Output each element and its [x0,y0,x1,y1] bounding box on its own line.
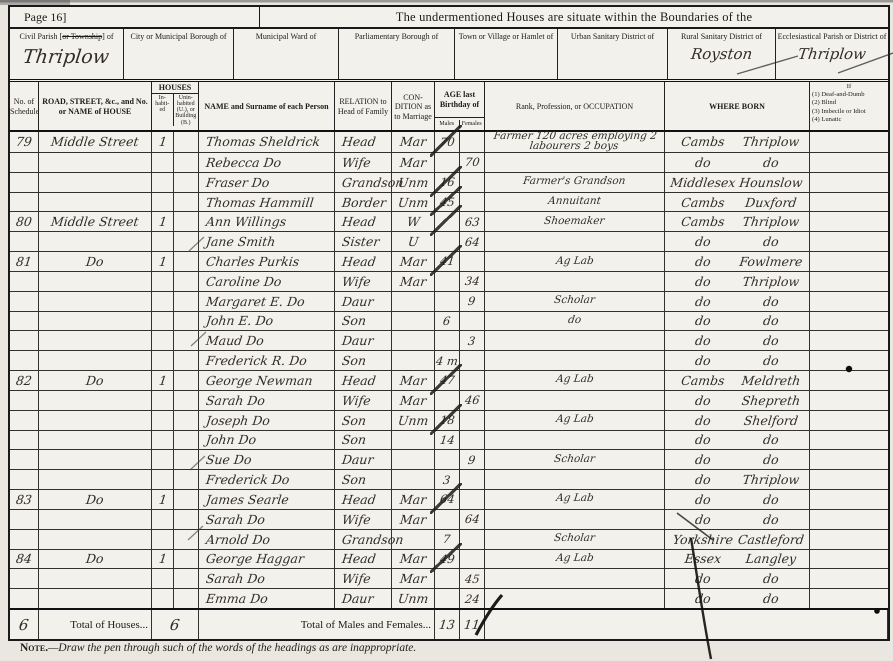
cell-inhabited [152,193,174,212]
cell-road [39,450,152,469]
table-row: John Do Son 14 dodo [10,431,888,451]
table-row: 80 Middle Street 1 Ann Willings Head W 6… [10,212,888,232]
cell-relation: Head [335,132,392,152]
cell-condition: Mar [392,510,435,529]
cell-infirmity [810,312,888,331]
cell-infirmity [810,331,888,350]
cell-road: Middle Street [39,132,152,152]
cell-relation: Head [335,371,392,390]
cell-age-male: 64 [435,490,460,509]
cell-uninhabited [174,232,199,251]
sheet-title: The undermentioned Houses are situate wi… [260,7,888,27]
cell-road [39,391,152,410]
cell-age-female [460,371,485,390]
cell-road: Do [39,550,152,569]
colhead-age-males: Males [435,120,460,128]
civil-parish-value: Thriplow [10,45,123,70]
cell-inhabited [152,569,174,588]
table-row: Joseph Do Son Unm 18 Ag Lab doShelford [10,411,888,431]
cell-age-male [435,589,460,608]
cell-uninhabited [174,510,199,529]
cell-name: Caroline Do [199,272,335,291]
cell-age-female [460,490,485,509]
colhead-relation: RELATION to Head of Family [335,82,392,130]
cell-relation: Daur [335,292,392,311]
table-row: Frederick Do Son 3 doThriplow [10,470,888,490]
cell-relation: Daur [335,331,392,350]
cell-where-born: dodo [665,331,810,350]
cell-age-female: 9 [460,292,485,311]
cell-road [39,411,152,430]
cell-condition [392,292,435,311]
colhead-infirmity: If (1) Deaf-and-Dumb (2) Blind (3) Imbec… [810,82,888,130]
cell-where-born: doThriplow [665,470,810,489]
cell-relation: Head [335,212,392,231]
table-row: Emma Do Daur Unm 24 dodo [10,589,888,608]
cell-infirmity [810,371,888,390]
cell-where-born: CambsMeldreth [665,371,810,390]
cell-occupation: Ag Lab [485,371,665,390]
cell-inhabited [152,391,174,410]
census-sheet: Page 16] The undermentioned Houses are s… [8,5,890,641]
cell-uninhabited [174,470,199,489]
cell-age-female [460,132,485,152]
cell-name: Sarah Do [199,391,335,410]
cell-infirmity [810,391,888,410]
cell-occupation: Ag Lab [485,490,665,509]
total-schedules-value: 6 [10,610,39,639]
cell-age-female: 64 [460,232,485,251]
cell-schedule [10,331,39,350]
cell-age-female [460,312,485,331]
cell-where-born: doShepreth [665,391,810,410]
cell-inhabited: 1 [152,132,174,152]
cell-where-born: doShelford [665,411,810,430]
district-city-borough: City or Municipal Borough of [124,29,234,79]
cell-road: Middle Street [39,212,152,231]
colhead-age-females: Females [460,120,484,128]
cell-schedule [10,232,39,251]
cell-schedule: 84 [10,550,39,569]
total-males-females-label: Total of Males and Females... [199,610,435,639]
cell-infirmity [810,530,888,549]
cell-inhabited [152,331,174,350]
cell-where-born: dodo [665,510,810,529]
census-entries: 79 Middle Street 1 Thomas Sheldrick Head… [10,132,888,608]
cell-condition [392,331,435,350]
cell-age-male: 6 [435,312,460,331]
cell-where-born: doThriplow [665,272,810,291]
cell-occupation: Annuitant [485,193,665,212]
cell-road: Do [39,371,152,390]
cell-inhabited [152,272,174,291]
table-row: Sarah Do Wife Mar 45 dodo [10,569,888,589]
cell-relation: Son [335,351,392,370]
cell-occupation [485,232,665,251]
cell-age-female [460,193,485,212]
cell-uninhabited [174,153,199,172]
cell-road [39,530,152,549]
district-rural-sanitary: Rural Sanitary District of Royston [668,29,776,79]
district-civil-parish: Civil Parish [or Township] of Thriplow [10,29,124,79]
table-row: Margaret E. Do Daur 9 Scholar dodo [10,292,888,312]
cell-relation: Wife [335,510,392,529]
column-header-row: No. of Schedule ROAD, STREET, &c., and N… [10,82,888,132]
cell-relation: Son [335,312,392,331]
cell-occupation [485,589,665,608]
cell-uninhabited [174,193,199,212]
cell-age-male [435,331,460,350]
cell-infirmity [810,490,888,509]
cell-age-male: 14 [435,431,460,450]
cell-name: Arnold Do [199,530,335,549]
cell-age-female: 9 [460,450,485,469]
cell-uninhabited [174,173,199,192]
cell-relation: Daur [335,589,392,608]
cell-occupation: Scholar [485,450,665,469]
cell-name: Emma Do [199,589,335,608]
cell-road [39,153,152,172]
cell-uninhabited [174,569,199,588]
cell-infirmity [810,550,888,569]
cell-name: Rebecca Do [199,153,335,172]
cell-condition [392,351,435,370]
cell-where-born: CambsThriplow [665,132,810,152]
colhead-name: NAME and Surname of each Person [199,82,335,130]
cell-where-born: dodo [665,569,810,588]
cell-uninhabited [174,550,199,569]
cell-age-male [435,569,460,588]
cell-where-born: CambsThriplow [665,212,810,231]
cell-age-female [460,470,485,489]
colhead-inhabited: In-habit-ed [152,94,174,126]
cell-road [39,470,152,489]
cell-relation: Son [335,431,392,450]
cell-schedule [10,411,39,430]
cell-schedule [10,391,39,410]
cell-condition: W [392,212,435,231]
cell-condition: Mar [392,569,435,588]
cell-name: Maud Do [199,331,335,350]
table-row: Maud Do Daur 3 dodo [10,331,888,351]
cell-where-born: doFowlmere [665,252,810,271]
cell-age-female: 63 [460,212,485,231]
cell-schedule: 81 [10,252,39,271]
cell-occupation [485,391,665,410]
cell-schedule [10,272,39,291]
cell-infirmity [810,411,888,430]
cell-infirmity [810,470,888,489]
cell-schedule: 83 [10,490,39,509]
cell-relation: Border [335,193,392,212]
cell-condition: Mar [392,252,435,271]
cell-where-born: dodo [665,431,810,450]
cell-uninhabited [174,371,199,390]
cell-where-born: dodo [665,153,810,172]
cell-age-female: 45 [460,569,485,588]
cell-schedule [10,530,39,549]
cell-condition [392,530,435,549]
cell-infirmity [810,173,888,192]
cell-name: Ann Willings [199,212,335,231]
district-urban-sanitary: Urban Sanitary District of [558,29,668,79]
cell-age-female: 46 [460,391,485,410]
cell-occupation: Ag Lab [485,411,665,430]
cell-occupation [485,272,665,291]
cell-road [39,232,152,251]
cell-age-male [435,232,460,251]
table-row: 81 Do 1 Charles Purkis Head Mar 41 Ag La… [10,252,888,272]
cell-occupation: Scholar [485,530,665,549]
cell-schedule [10,153,39,172]
cell-where-born: EssexLangley [665,550,810,569]
cell-relation: Head [335,490,392,509]
cell-age-male [435,272,460,291]
cell-road: Do [39,490,152,509]
cell-road [39,510,152,529]
cell-age-female: 24 [460,589,485,608]
cell-infirmity [810,510,888,529]
cell-occupation [485,431,665,450]
note-text: —Draw the pen through such of the words … [48,642,416,654]
cell-where-born: dodo [665,589,810,608]
cell-condition: U [392,232,435,251]
cell-schedule [10,173,39,192]
cell-condition [392,312,435,331]
cell-occupation [485,569,665,588]
cell-occupation: Farmer's Grandson [485,173,665,192]
cell-infirmity [810,589,888,608]
cell-uninhabited [174,272,199,291]
table-row: 82 Do 1 George Newman Head Mar 47 Ag Lab… [10,371,888,391]
cell-infirmity [810,292,888,311]
table-row: Fraser Do Grandson Unm 16 Farmer's Grand… [10,173,888,193]
cell-road [39,173,152,192]
cell-inhabited [152,530,174,549]
cell-uninhabited [174,490,199,509]
footer-note: Note.—Draw the pen through such of the w… [20,642,416,654]
cell-relation: Wife [335,153,392,172]
cell-inhabited [152,450,174,469]
colhead-where-born: WHERE BORN [665,82,810,130]
cell-condition: Mar [392,132,435,152]
cell-road [39,312,152,331]
cell-age-female: 70 [460,153,485,172]
cell-condition: Unm [392,193,435,212]
page-number: Page 16] [10,7,260,27]
top-strip: Page 16] The undermentioned Houses are s… [10,7,888,29]
cell-relation: Grandson [335,173,392,192]
table-row: Rebecca Do Wife Mar 70 dodo [10,153,888,173]
cell-occupation [485,351,665,370]
cell-schedule [10,589,39,608]
cell-road [39,331,152,350]
cell-infirmity [810,132,888,152]
cell-age-male [435,450,460,469]
cell-name: Jane Smith [199,232,335,251]
table-row: 84 Do 1 George Haggar Head Mar 49 Ag Lab… [10,550,888,570]
district-parliamentary-borough: Parliamentary Borough of [339,29,455,79]
cell-uninhabited [174,450,199,469]
cell-name: Margaret E. Do [199,292,335,311]
cell-relation: Sister [335,232,392,251]
cell-age-male: 7 [435,530,460,549]
cell-condition [392,450,435,469]
totals-row: 6 Total of Houses... 6 Total of Males an… [10,608,888,639]
cell-relation: Wife [335,272,392,291]
cell-age-male: 45 [435,193,460,212]
cell-name: George Haggar [199,550,335,569]
cell-inhabited [152,589,174,608]
total-females-value: 11 [460,610,485,639]
cell-occupation: Ag Lab [485,252,665,271]
table-row: Sue Do Daur 9 Scholar dodo [10,450,888,470]
cell-road [39,589,152,608]
table-row: John E. Do Son 6 do dodo [10,312,888,332]
cell-relation: Daur [335,450,392,469]
cell-condition: Mar [392,391,435,410]
cell-inhabited [152,431,174,450]
cell-occupation [485,470,665,489]
cell-name: John Do [199,431,335,450]
cell-name: Frederick Do [199,470,335,489]
cell-where-born: CambsDuxford [665,193,810,212]
cell-infirmity [810,351,888,370]
cell-infirmity [810,212,888,231]
cell-road [39,431,152,450]
cell-relation: Wife [335,391,392,410]
table-row: Sarah Do Wife Mar 64 dodo [10,510,888,530]
cell-name: Thomas Hammill [199,193,335,212]
cell-inhabited [152,292,174,311]
cell-road [39,272,152,291]
cell-schedule [10,470,39,489]
cell-age-male: 70 [435,132,460,152]
cell-name: John E. Do [199,312,335,331]
cell-inhabited: 1 [152,490,174,509]
cell-age-male: 47 [435,371,460,390]
cell-where-born: dodo [665,351,810,370]
cell-inhabited: 1 [152,550,174,569]
cell-schedule [10,450,39,469]
cell-schedule: 80 [10,212,39,231]
totals-empty-cell [485,610,888,639]
cell-age-male [435,212,460,231]
cell-age-female: 64 [460,510,485,529]
cell-uninhabited [174,292,199,311]
cell-inhabited: 1 [152,252,174,271]
cell-condition: Mar [392,550,435,569]
table-row: Jane Smith Sister U 64 dodo [10,232,888,252]
cell-name: Thomas Sheldrick [199,132,335,152]
cell-where-born: dodo [665,292,810,311]
cell-condition: Mar [392,153,435,172]
cell-relation: Son [335,470,392,489]
cell-name: George Newman [199,371,335,390]
district-town-village: Town or Village or Hamlet of [455,29,558,79]
cell-age-male: 41 [435,252,460,271]
cell-infirmity [810,272,888,291]
cell-uninhabited [174,212,199,231]
cell-age-male [435,292,460,311]
civil-parish-label: Civil Parish [or Township] of [20,32,114,41]
cell-schedule: 82 [10,371,39,390]
cell-infirmity [810,569,888,588]
cell-occupation: do [485,312,665,331]
cell-uninhabited [174,530,199,549]
cell-name: Sarah Do [199,510,335,529]
cell-name: Charles Purkis [199,252,335,271]
cell-age-male: 3 [435,470,460,489]
cell-condition: Mar [392,371,435,390]
note-prefix: Note. [20,642,48,654]
cell-condition: Mar [392,490,435,509]
cell-infirmity [810,431,888,450]
struck-or-township: or Township [62,32,102,41]
cell-relation: Wife [335,569,392,588]
cell-inhabited [152,510,174,529]
cell-occupation [485,510,665,529]
cell-uninhabited [174,312,199,331]
total-houses-label: Total of Houses... [39,610,152,639]
table-row: Thomas Hammill Border Unm 45 Annuitant C… [10,193,888,213]
cell-name: Fraser Do [199,173,335,192]
cell-uninhabited [174,331,199,350]
cell-occupation: Ag Lab [485,550,665,569]
cell-schedule [10,312,39,331]
cell-age-male [435,391,460,410]
colhead-schedule: No. of Schedule [10,82,39,130]
table-row: 79 Middle Street 1 Thomas Sheldrick Head… [10,132,888,153]
cell-age-female [460,550,485,569]
cell-schedule: 79 [10,132,39,152]
cell-inhabited: 1 [152,371,174,390]
cell-uninhabited [174,589,199,608]
table-row: Frederick R. Do Son 4 m dodo [10,351,888,371]
cell-uninhabited [174,411,199,430]
district-ecclesiastical-parish: Ecclesiastical Parish or District of Thr… [776,29,888,79]
cell-uninhabited [174,391,199,410]
cell-age-female [460,530,485,549]
cell-occupation [485,331,665,350]
cell-inhabited: 1 [152,212,174,231]
cell-condition: Mar [392,272,435,291]
colhead-condition: CON-DITION as to Marriage [392,82,435,130]
cell-inhabited [152,312,174,331]
cell-road: Do [39,252,152,271]
cell-where-born: dodo [665,312,810,331]
colhead-road: ROAD, STREET, &c., and No. or NAME of HO… [39,82,152,130]
cell-age-male [435,153,460,172]
cell-condition: Unm [392,589,435,608]
cell-relation: Grandson [335,530,392,549]
cell-name: Frederick R. Do [199,351,335,370]
cell-age-male: 16 [435,173,460,192]
colhead-age: AGE last Birthday of Males Females [435,82,485,130]
cell-age-male: 18 [435,411,460,430]
cell-inhabited [152,232,174,251]
table-row: 83 Do 1 James Searle Head Mar 64 Ag Lab … [10,490,888,510]
cell-inhabited [152,153,174,172]
cell-relation: Son [335,411,392,430]
cell-uninhabited [174,252,199,271]
cell-schedule [10,351,39,370]
cell-schedule [10,292,39,311]
colhead-occupation: Rank, Profession, or OCCUPATION [485,82,665,130]
cell-inhabited [152,173,174,192]
cell-road [39,193,152,212]
cell-schedule [10,569,39,588]
